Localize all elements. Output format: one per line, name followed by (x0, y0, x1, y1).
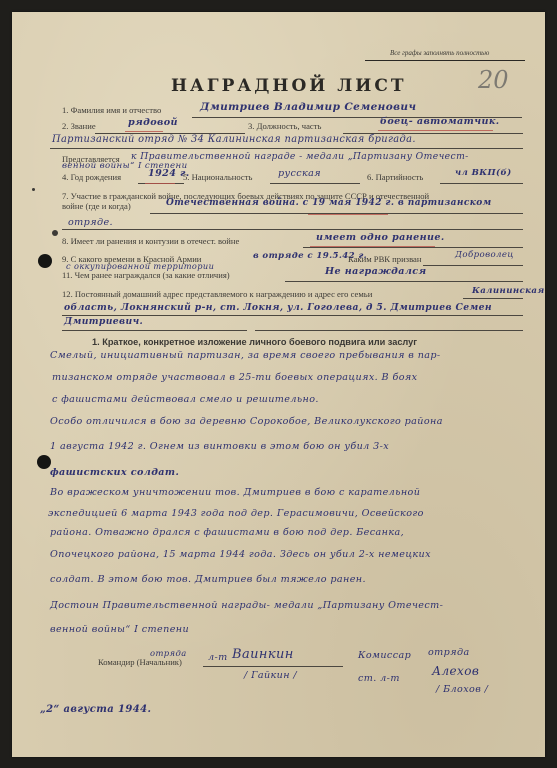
red-underline (145, 183, 175, 184)
narrative-line: Смелый, инициативный партизан, за время … (50, 350, 441, 361)
narrative-line: района. Отважно дрался с фашистами в бою… (50, 527, 404, 538)
narrative-line: фашистских солдат. (50, 467, 179, 478)
field-12-cont2-line-a (62, 330, 247, 331)
commissar-label: Комиссар (358, 650, 411, 661)
narrative-line: Опочецкого района, 15 марта 1944 года. З… (50, 549, 431, 560)
field-3-label: 3. Должность, часть (248, 121, 321, 131)
field-8-label: 8. Имеет ли ранения и контузии в отечест… (62, 236, 239, 246)
binding-hole (38, 254, 52, 268)
commander-signature: Ваинкин (232, 647, 294, 662)
field-6-value: чл ВКП(б) (455, 168, 512, 178)
narrative-line: Достоин Правительственной награды- медал… (50, 600, 443, 611)
field-12-value-continued: область, Локнянский р-н, ст. Локня, ул. … (64, 302, 492, 313)
commander-signature-line (203, 666, 343, 667)
field-4-label: 4. Год рождения (62, 172, 121, 182)
red-underline (125, 131, 163, 132)
red-underline (308, 214, 388, 215)
commander-name: / Гайкин / (244, 670, 297, 681)
field-10-line (423, 265, 523, 266)
document-title: НАГРАДНОЙ ЛИСТ (171, 76, 407, 96)
field-3-value-continued: Партизанский отряд № 34 Калининская парт… (52, 134, 416, 145)
field-2-label: 2. Звание (62, 121, 96, 131)
narrative-line: венной войны“ I степени (50, 624, 189, 635)
commander-label: Командир (Начальник) (98, 657, 182, 667)
field-7-label-line-2: войне (где и когда) (62, 201, 131, 211)
narrative-line: Во вражеском уничтожении тов. Дмитриев в… (50, 487, 420, 498)
narrative-line: 1 августа 1942 г. Огнем из винтовки в эт… (50, 441, 389, 452)
red-underline (310, 246, 435, 247)
field-2-value: рядовой (128, 117, 178, 128)
field-11-line (285, 281, 523, 282)
field-7-value-continued: отряде. (68, 217, 113, 228)
ink-mark (52, 230, 58, 236)
note-underline (365, 60, 525, 61)
field-7-value: Отечественная война. с 19 мая 1942 г. в … (166, 198, 492, 208)
red-underline (378, 130, 493, 131)
field-8-line (303, 247, 523, 248)
ink-mark (32, 188, 35, 191)
field-6-line (440, 183, 523, 184)
field-1-value: Дмитриев Владимир Семенович (200, 101, 416, 113)
fill-all-fields-note: Все графы заполнять полностью (390, 49, 489, 57)
narrative-line: тизанском отряде участвовал в 25-ти боев… (52, 372, 417, 383)
narrative-line: с фашистами действовал смело и решительн… (52, 394, 319, 405)
field-3-cont-line (50, 148, 523, 149)
field-6-label: 6. Партийность (367, 172, 423, 182)
commissar-rank: ст. л-т (358, 673, 400, 684)
field-10-label: Каким РВК призван (348, 254, 421, 264)
field-12-value-continued-2: Дмитриевич. (64, 316, 143, 327)
field-12-line (463, 298, 523, 299)
commander-rank: л-т (208, 652, 228, 663)
narrative-line: Особо отличился в бою за деревню Сорокоб… (50, 416, 443, 427)
narrative-line: экспедицией 6 марта 1943 года под дер. Г… (48, 508, 424, 519)
field-12-value: Калининская (472, 286, 545, 296)
commissar-unit: отряда (428, 647, 470, 658)
field-8-value: имеет одно ранение. (316, 232, 445, 243)
narrative-heading: 1. Краткое, конкретное изложение личного… (92, 337, 417, 347)
field-5-label: 5. Национальность (183, 172, 252, 182)
document-date: „2“ августа 1944. (40, 704, 151, 715)
field-5-line (270, 183, 360, 184)
page-number: 20 (478, 66, 509, 94)
field-1-label: 1. Фамилия имя и отчество (62, 105, 161, 115)
binding-hole (37, 455, 51, 469)
field-10-value: Доброволец (455, 250, 514, 260)
narrative-line: солдат. В этом бою тов. Дмитриев был тяж… (50, 574, 366, 585)
field-11-label: 11. Чем ранее награждался (за какие отли… (62, 270, 230, 280)
field-7-cont-line (62, 229, 523, 230)
field-3-value: боец- автоматчик. (380, 116, 499, 127)
field-11-value: Не награждался (325, 266, 427, 277)
commissar-name: / Блохов / (436, 684, 488, 695)
field-5-value: русская (278, 168, 321, 179)
field-12-label: 12. Постоянный домашний адрес представля… (62, 289, 372, 299)
commissar-signature: Алехов (432, 664, 479, 678)
field-12-cont2-line-b (255, 330, 523, 331)
